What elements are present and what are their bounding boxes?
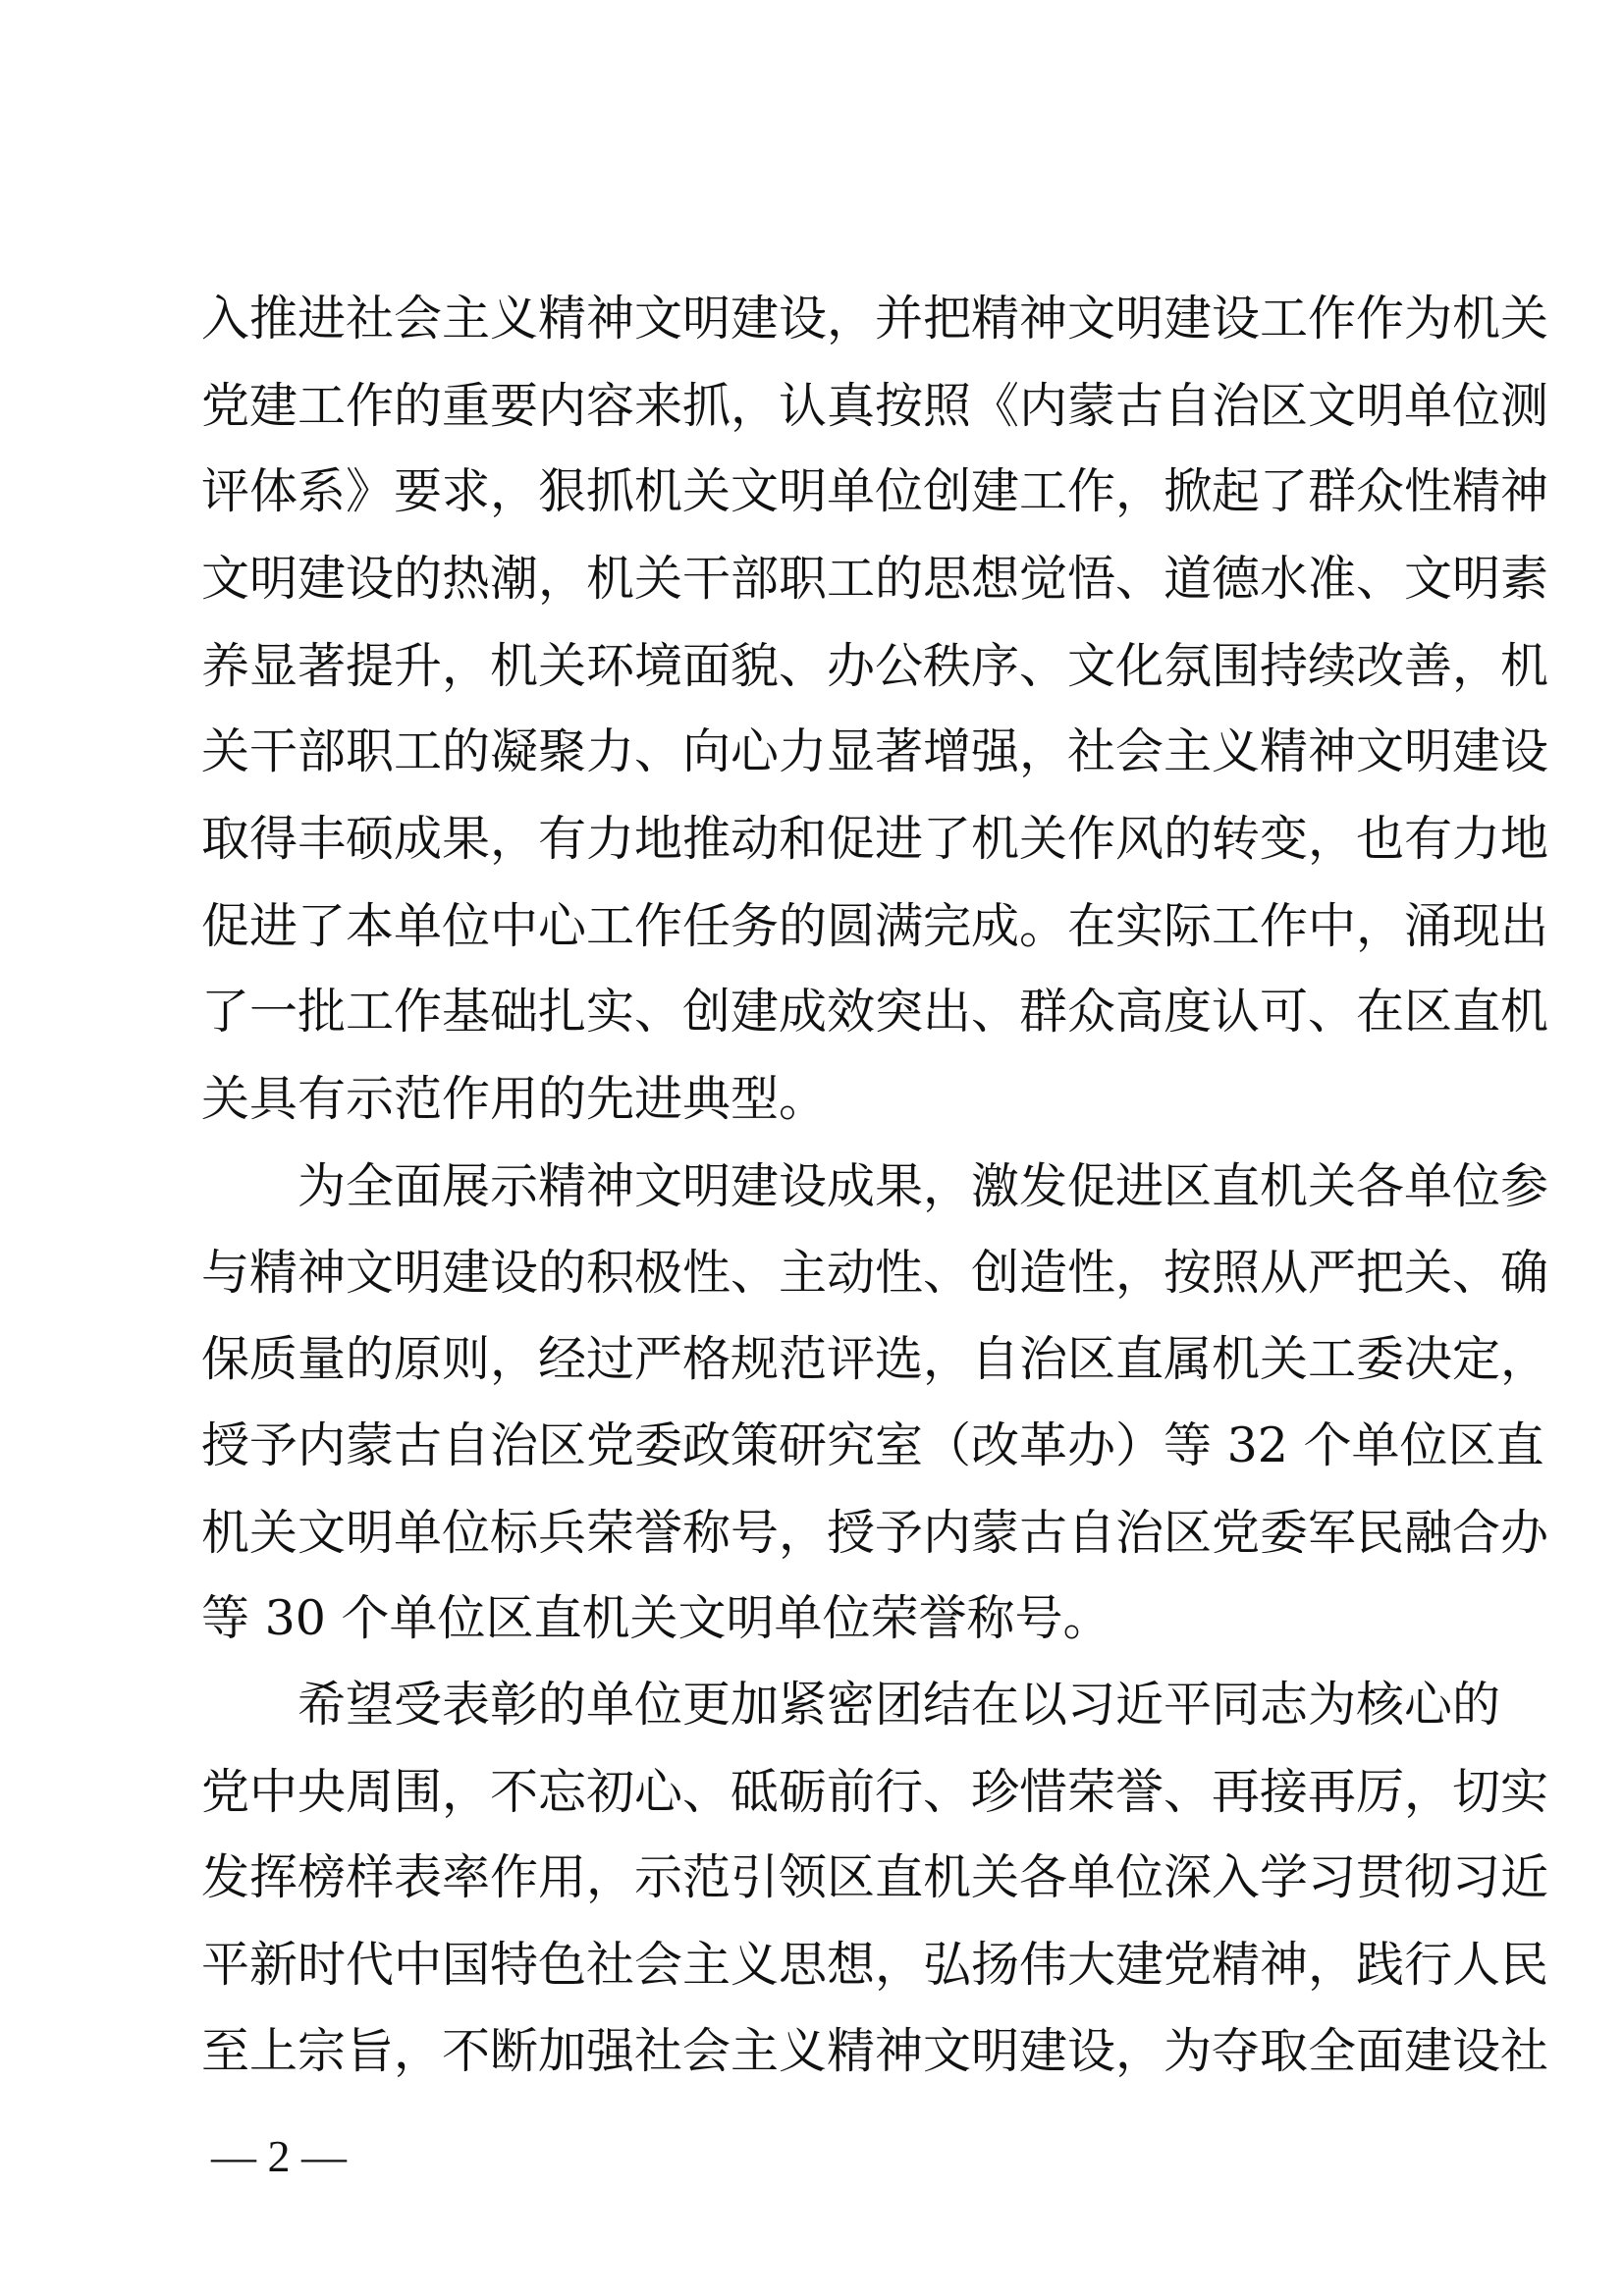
- text-line: 平新时代中国特色社会主义思想，弘扬伟大建党精神，践行人民: [201, 1934, 1429, 1997]
- text-line: 希望受表彰的单位更加紧密团结在以习近平同志为核心的: [298, 1674, 1429, 1736]
- text-line: 关干部职工的凝聚力、向心力显著增强，社会主义精神文明建设: [201, 721, 1429, 783]
- text-line: 养显著提升，机关环境面貌、办公秩序、文化氛围持续改善，机: [201, 635, 1429, 698]
- document-page: 入推进社会主义精神文明建设，并把精神文明建设工作作为机关 党建工作的重要内容来抓…: [0, 0, 1624, 2296]
- text-line: 机关文明单位标兵荣誉称号，授予内蒙古自治区党委军民融合办: [201, 1502, 1429, 1565]
- text-line: 促进了本单位中心工作任务的圆满完成。在实际工作中，涌现出: [201, 895, 1429, 958]
- page-number: — 2 —: [211, 2132, 347, 2181]
- text-line: 取得丰硕成果，有力地推动和促进了机关作风的转变，也有力地: [201, 808, 1429, 871]
- text-line: 关具有示范作用的先进典型。: [201, 1068, 1429, 1131]
- text-line: 发挥榜样表率作用，示范引领区直机关各单位深入学习贯彻习近: [201, 1846, 1429, 1909]
- text-line: 文明建设的热潮，机关干部职工的思想觉悟、道德水准、文明素: [201, 548, 1429, 611]
- text-line: 为全面展示精神文明建设成果，激发促进区直机关各单位参: [298, 1155, 1429, 1218]
- text-line: 了一批工作基础扎实、创建成效突出、群众高度认可、在区直机: [201, 981, 1429, 1043]
- text-line: 授予内蒙古自治区党委政策研究室（改革办）等 32 个单位区直: [201, 1415, 1429, 1477]
- text-line: 评体系》要求，狠抓机关文明单位创建工作，掀起了群众性精神: [201, 460, 1429, 523]
- text-line: 与精神文明建设的积极性、主动性、创造性，按照从严把关、确: [201, 1242, 1429, 1305]
- text-line: 至上宗旨，不断加强社会主义精神文明建设，为夺取全面建设社: [201, 2020, 1429, 2083]
- text-line: 党建工作的重要内容来抓，认真按照《内蒙古自治区文明单位测: [201, 375, 1429, 438]
- text-line: 入推进社会主义精神文明建设，并把精神文明建设工作作为机关: [201, 288, 1429, 350]
- text-line: 等 30 个单位区直机关文明单位荣誉称号。: [201, 1587, 1429, 1650]
- text-line: 党中央周围，不忘初心、砥砺前行、珍惜荣誉、再接再厉，切实: [201, 1761, 1429, 1824]
- text-line: 保质量的原则，经过严格规范评选，自治区直属机关工委决定，: [201, 1328, 1429, 1391]
